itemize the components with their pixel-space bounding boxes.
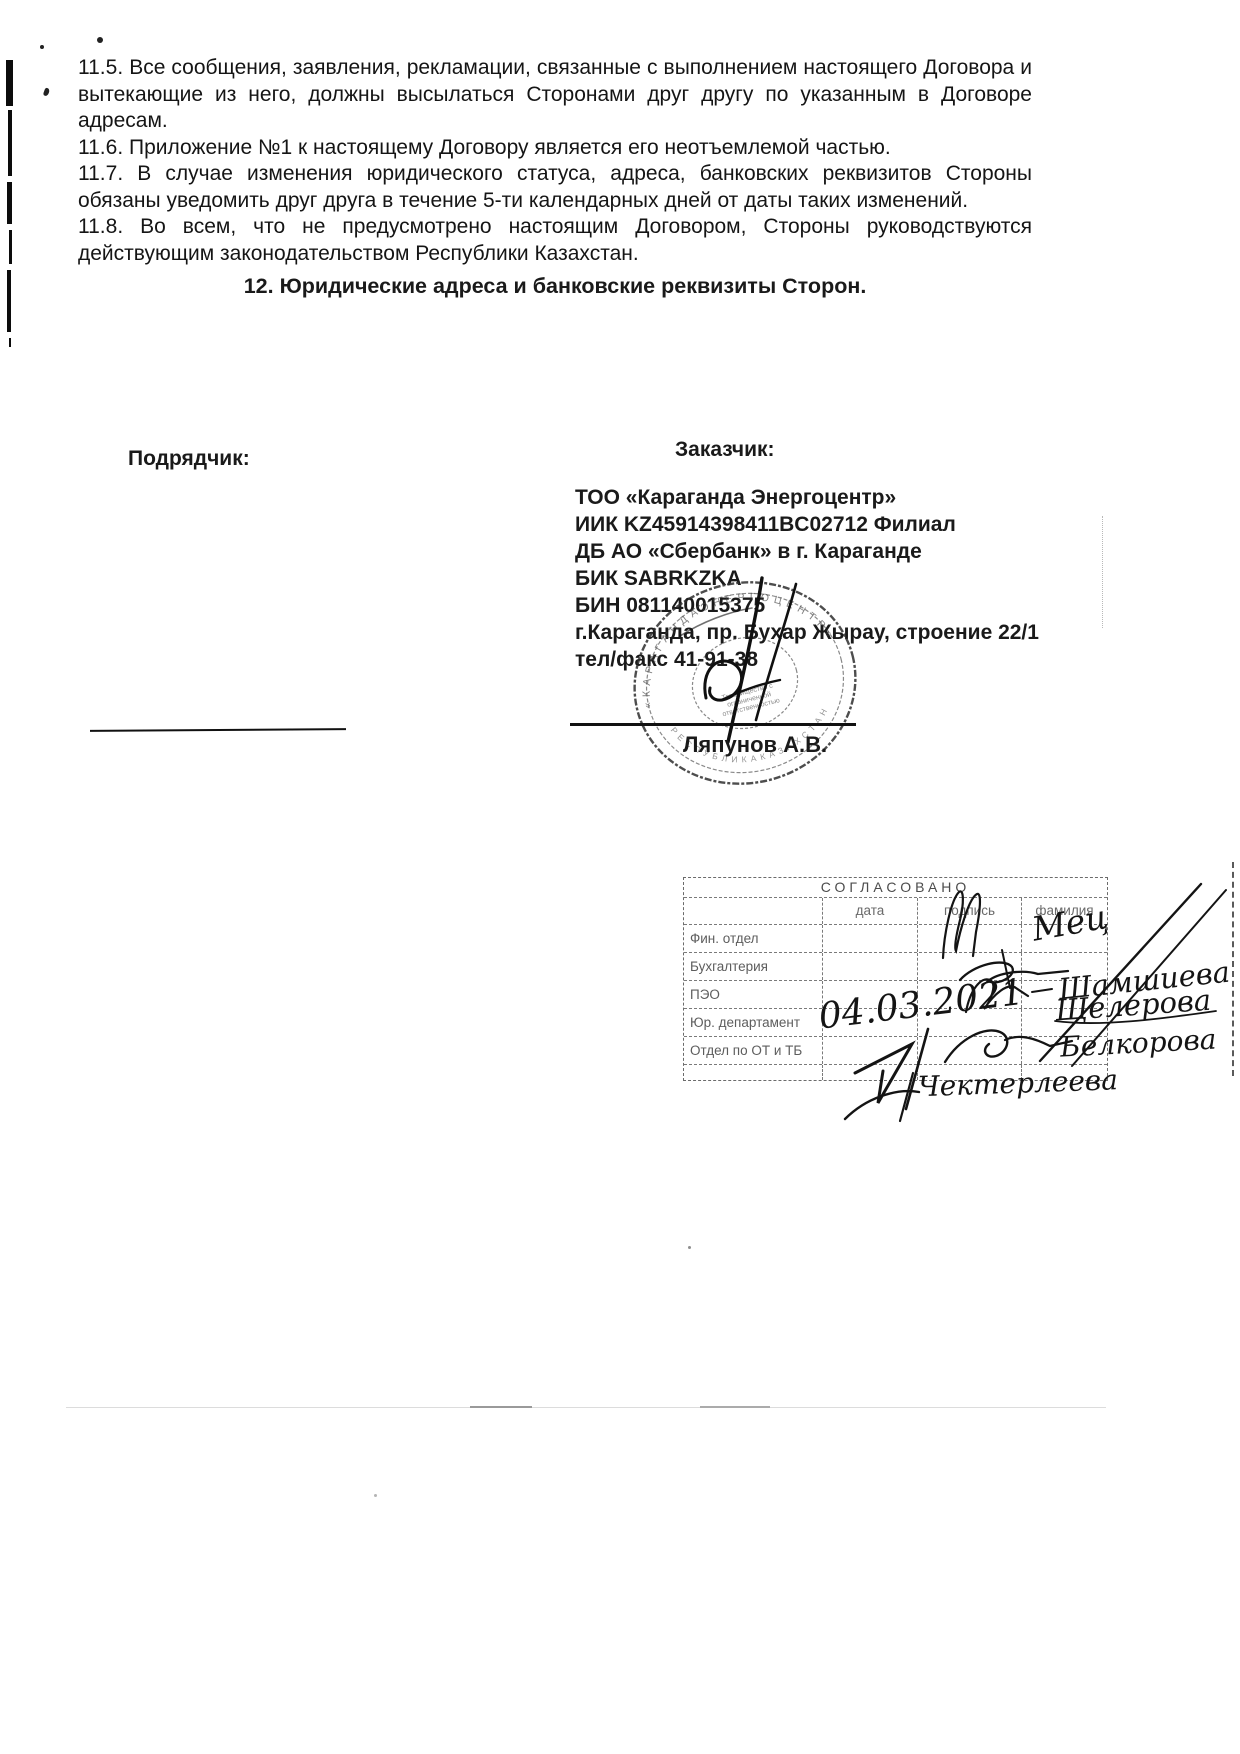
approval-col-blank [684, 898, 822, 924]
approval-row-peo: ПЭО [684, 980, 1107, 1008]
customer-label: Заказчик: [675, 438, 775, 462]
customer-signatory-name: Ляпунов А.В. [683, 732, 827, 758]
section-12-heading: 12. Юридические адреса и банковские рекв… [78, 274, 1032, 299]
scan-artifact-bar [9, 338, 11, 347]
approval-table-header-row: дата подпись фамилия [684, 897, 1107, 924]
approval-row-empty [684, 1064, 1107, 1080]
requisite-iik: ИИК KZ45914398411BC02712 Филиал [575, 511, 1135, 538]
faint-bottom-rule-dash [470, 1406, 532, 1408]
customer-signature-line [570, 723, 856, 726]
scan-artifact-bar [9, 230, 12, 264]
approval-row-buhgalteria: Бухгалтерия [684, 952, 1107, 980]
approval-row-label: Юр. департамент [684, 1009, 822, 1036]
clause-11-7: 11.7. В случае изменения юридического ст… [78, 161, 1032, 214]
contract-clauses: 11.5. Все сообщения, заявления, рекламац… [78, 55, 1032, 267]
company-stamp: « К А Р А Г А Н Д А Э Н Е Р Г О Ц Е Н Т … [610, 570, 880, 796]
scan-artifact-bar [6, 60, 13, 106]
scan-speck [688, 1246, 691, 1249]
scanned-contract-page: 11.5. Все сообщения, заявления, рекламац… [0, 0, 1240, 1754]
faint-bottom-rule [66, 1407, 1106, 1408]
scan-speck [97, 37, 103, 43]
scan-artifact-dashes [1232, 862, 1234, 1076]
approval-row-otdel-ot-tb: Отдел по ОТ и ТБ [684, 1036, 1107, 1064]
approval-row-label: Отдел по ОТ и ТБ [684, 1037, 822, 1064]
signature-stroke [845, 1091, 919, 1119]
requisite-bank: ДБ АО «Сбербанк» в г. Караганде [575, 538, 1135, 565]
contractor-signature-line [90, 728, 346, 732]
scan-speck [40, 45, 44, 49]
scan-speck [374, 1494, 377, 1497]
approval-row-label: Фин. отдел [684, 925, 822, 952]
clause-11-5: 11.5. Все сообщения, заявления, рекламац… [78, 55, 1032, 135]
clause-11-8: 11.8. Во всем, что не предусмотрено наст… [78, 214, 1032, 267]
approval-table: СОГЛАСОВАНО дата подпись фамилия Фин. от… [683, 877, 1108, 1081]
scan-speck [43, 87, 50, 96]
scan-artifact-bar [8, 110, 12, 176]
approval-col-signature: подпись [917, 898, 1021, 924]
approval-table-title: СОГЛАСОВАНО [684, 878, 1107, 897]
contractor-label: Подрядчик: [128, 447, 250, 471]
approval-row-yur-departament: Юр. департамент [684, 1008, 1107, 1036]
faint-bottom-rule-dash [700, 1406, 770, 1408]
approval-col-date: дата [822, 898, 917, 924]
approval-row-label: Бухгалтерия [684, 953, 822, 980]
approval-col-surname: фамилия [1021, 898, 1107, 924]
approval-row-label: ПЭО [684, 981, 822, 1008]
scan-artifact-bar [7, 182, 12, 224]
requisite-company: ТОО «Караганда Энергоцентр» [575, 484, 1135, 511]
scan-artifact-bar [7, 270, 11, 332]
approval-row-fin-otdel: Фин. отдел [684, 924, 1107, 952]
clause-11-6: 11.6. Приложение №1 к настоящему Договор… [78, 135, 1032, 162]
